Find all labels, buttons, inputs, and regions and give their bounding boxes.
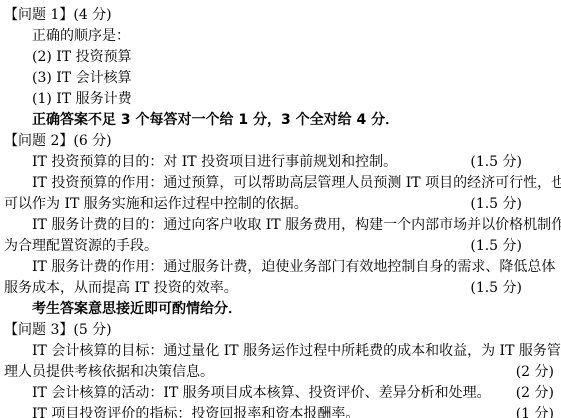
question-2-header: 【问题 2】(6 分)	[4, 131, 558, 152]
answer-line: IT 服务计费的目的：通过向客户收取 IT 服务费用，构建一个内部市场并以价格机…	[4, 215, 558, 236]
grading-note: 正确答案不足 3 个每答对一个给 1 分，3 个全对给 4 分．	[4, 110, 558, 131]
answer-line: (3) IT 会计核算	[4, 68, 558, 89]
answer-line: (2) IT 投资预算	[4, 47, 558, 68]
answer-line: 正确的顺序是：	[4, 26, 558, 47]
question-header-text: 【问题 1】(4 分)	[4, 7, 112, 23]
answer-line: 为合理配置资源的手段。 (1.5 分)	[4, 236, 558, 257]
answer-text: IT 投资预算的目的：对 IT 投资项目进行事前规划和控制。	[32, 154, 397, 170]
answer-text: 服务成本，从而提高 IT 投资的效率。	[4, 280, 238, 296]
answer-line: IT 项目投资评价的指标：投资回报率和资本报酬率。 (1 分)	[4, 404, 558, 418]
answer-text: IT 会计核算的活动：IT 服务项目成本核算、投资评价、差异分析和处理。	[32, 385, 491, 401]
score-label: (1.5 分)	[470, 152, 522, 173]
answer-text: IT 项目投资评价的指标：投资回报率和资本报酬率。	[32, 406, 359, 418]
document-page: 【问题 1】(4 分) 正确的顺序是： (2) IT 投资预算 (3) IT 会…	[0, 0, 561, 418]
answer-line: IT 服务计费的作用：通过服务计费，迫使业务部门有效地控制自身的需求、降低总体	[4, 257, 558, 278]
answer-text: 正确的顺序是：	[32, 28, 130, 44]
answer-text: 理人员提供考核依据和决策信息。	[4, 364, 214, 380]
grading-note-text: 正确答案不足 3 个每答对一个给 1 分，3 个全对给 4 分．	[32, 112, 399, 128]
answer-line: 理人员提供考核依据和决策信息。 (2 分)	[4, 362, 558, 383]
answer-text: IT 服务计费的作用：通过服务计费，迫使业务部门有效地控制自身的需求、降低总体	[32, 259, 555, 275]
answer-line: (1) IT 服务计费	[4, 89, 558, 110]
score-label: (1.5 分)	[470, 278, 522, 299]
answer-text: (3) IT 会计核算	[32, 70, 132, 86]
grading-note-text: 考生答案意思接近即可酌情给分．	[32, 301, 242, 317]
answer-text: 为合理配置资源的手段。	[4, 238, 158, 254]
question-header-text: 【问题 2】(6 分)	[4, 133, 112, 149]
answer-text: 可以作为 IT 服务实施和运作过程中控制的依据。	[4, 196, 308, 212]
answer-text: IT 投资预算的作用：通过预算，可以帮助高层管理人员预测 IT 项目的经济可行性…	[32, 175, 561, 191]
grading-note: 考生答案意思接近即可酌情给分．	[4, 299, 558, 320]
question-3-header: 【问题 3】(5 分)	[4, 320, 558, 341]
score-label: (1.5 分)	[470, 194, 522, 215]
answer-text: IT 服务计费的目的：通过向客户收取 IT 服务费用，构建一个内部市场并以价格机…	[32, 217, 561, 233]
question-header-text: 【问题 3】(5 分)	[4, 322, 112, 338]
answer-line: IT 会计核算的活动：IT 服务项目成本核算、投资评价、差异分析和处理。 (2 …	[4, 383, 558, 404]
answer-line: IT 投资预算的目的：对 IT 投资项目进行事前规划和控制。 (1.5 分)	[4, 152, 558, 173]
answer-line: IT 会计核算的目标：通过量化 IT 服务运作过程中所耗费的成本和收益，为 IT…	[4, 341, 558, 362]
score-label: (2 分)	[516, 383, 554, 404]
answer-text: IT 会计核算的目标：通过量化 IT 服务运作过程中所耗费的成本和收益，为 IT…	[32, 343, 561, 359]
score-label: (2 分)	[516, 362, 554, 383]
score-label: (1.5 分)	[470, 236, 522, 257]
answer-line: 服务成本，从而提高 IT 投资的效率。 (1.5 分)	[4, 278, 558, 299]
answer-line: 可以作为 IT 服务实施和运作过程中控制的依据。 (1.5 分)	[4, 194, 558, 215]
answer-line: IT 投资预算的作用：通过预算，可以帮助高层管理人员预测 IT 项目的经济可行性…	[4, 173, 558, 194]
question-1-header: 【问题 1】(4 分)	[4, 5, 558, 26]
answer-text: (2) IT 投资预算	[32, 49, 132, 65]
answer-text: (1) IT 服务计费	[32, 91, 132, 107]
score-label: (1 分)	[516, 404, 554, 418]
